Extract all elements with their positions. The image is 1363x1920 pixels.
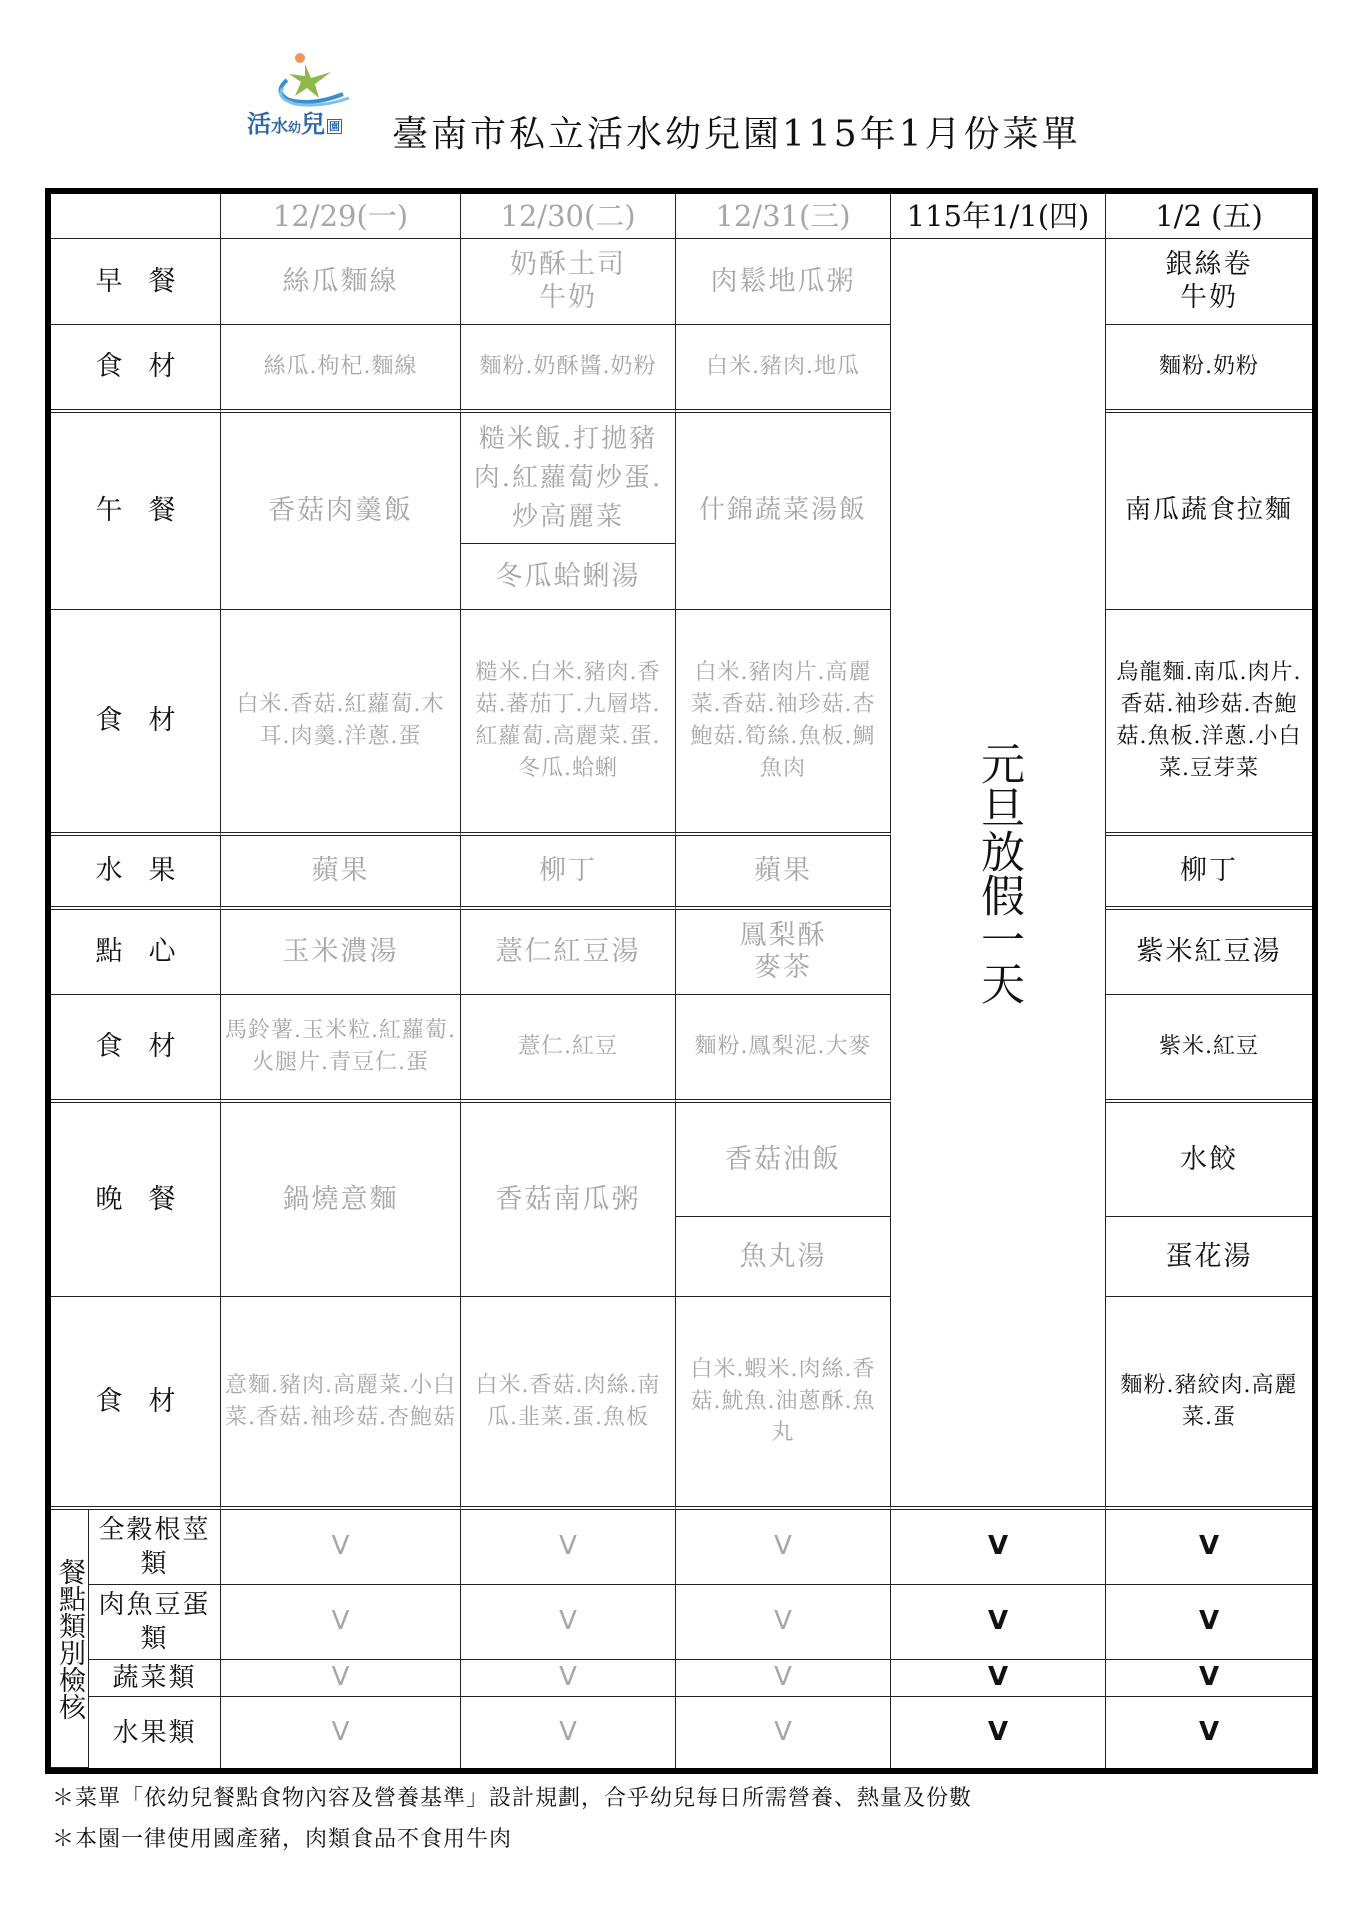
lunch-ingredients-1230: 糙米.白米.豬肉.香菇.蕃茄丁.九層塔.紅蘿蔔.高麗菜.蛋.冬瓜.蛤蜊 [461,610,676,836]
page-title: 臺南市私立活水幼兒園115年1月份菜單 [392,106,1081,157]
check-label-grains: 全穀根莖類 [89,1510,221,1585]
date-header-1231: 12/31(三) [676,194,891,239]
breakfast-ingredients-0102: 麵粉.奶粉 [1106,325,1312,413]
check-mark: V [891,1660,1106,1697]
holiday-cell: 元旦放假一天 [891,239,1106,1510]
check-mark: V [461,1510,676,1585]
school-logo: 活水幼兒園 [247,50,377,140]
check-mark: V [461,1697,676,1768]
snack-1231: 鳳梨酥 麥茶 [676,910,891,995]
check-mark: V [676,1510,891,1585]
date-header-0101: 115年1/1(四) [891,194,1106,239]
check-group-label-cell: 餐點類別檢核 [51,1510,89,1768]
lunch-soup-1230: 冬瓜蛤蜊湯 [461,544,676,610]
check-mark: V [891,1585,1106,1660]
check-mark: V [1106,1697,1312,1768]
footnote-pork: ＊本園一律使用國產豬，肉類食品不食用牛肉 [52,1819,972,1860]
breakfast-1229: 絲瓜麵線 [221,239,461,325]
dinner-soup-1231: 魚丸湯 [676,1217,891,1297]
lunch-ingredients-1229: 白米.香菇.紅蘿蔔.木耳.肉羹.洋蔥.蛋 [221,610,461,836]
check-mark: V [891,1697,1106,1768]
check-mark: V [221,1697,461,1768]
row-label-breakfast-ingredients: 食材 [51,325,221,413]
lunch-1229: 香菇肉羹飯 [221,413,461,610]
dinner-main-1231: 香菇油飯 [676,1103,891,1217]
row-label-lunch: 午餐 [51,413,221,610]
breakfast-1230: 奶酥土司 牛奶 [461,239,676,325]
breakfast-ingredients-1231: 白米.豬肉.地瓜 [676,325,891,413]
footnotes: ＊菜單「依幼兒餐點食物內容及營養基準」設計規劃，合乎幼兒每日所需營養、熱量及份數… [52,1778,972,1860]
logo-emblem-icon [265,50,355,110]
check-group-label: 餐點類別檢核 [51,1558,88,1720]
lunch-main-1230: 糙米飯.打拋豬肉.紅蘿蔔炒蛋.炒高麗菜 [461,413,676,544]
logo-wordmark: 活水幼兒園 [247,104,342,139]
fruit-1230: 柳丁 [461,836,676,910]
snack-ingredients-0102: 紫米.紅豆 [1106,995,1312,1103]
check-mark: V [221,1660,461,1697]
row-label-snack-ingredients: 食材 [51,995,221,1103]
check-label-fruit: 水果類 [89,1697,221,1768]
snack-ingredients-1229: 馬鈴薯.玉米粒.紅蘿蔔.火腿片.青豆仁.蛋 [221,995,461,1103]
check-mark: V [221,1510,461,1585]
breakfast-0102: 銀絲卷 牛奶 [1106,239,1312,325]
fruit-0102: 柳丁 [1106,836,1312,910]
date-header-1230: 12/30(二) [461,194,676,239]
dinner-ingredients-1231: 白米.蝦米.肉絲.香菇.魷魚.油蔥酥.魚丸 [676,1297,891,1510]
holiday-notice: 元旦放假一天 [958,741,1038,1005]
dinner-ingredients-0102: 麵粉.豬絞肉.高麗菜.蛋 [1106,1297,1312,1510]
row-label-lunch-ingredients: 食材 [51,610,221,836]
check-mark: V [461,1660,676,1697]
dinner-ingredients-1230: 白米.香菇.肉絲.南瓜.韭菜.蛋.魚板 [461,1297,676,1510]
row-label-snack: 點心 [51,910,221,995]
breakfast-ingredients-1230: 麵粉.奶酥醬.奶粉 [461,325,676,413]
check-mark: V [891,1510,1106,1585]
check-mark: V [1106,1510,1312,1585]
breakfast-ingredients-1229: 絲瓜.枸杞.麵線 [221,325,461,413]
dinner-main-0102: 水餃 [1106,1103,1312,1217]
check-mark: V [676,1585,891,1660]
row-label-dinner-ingredients: 食材 [51,1297,221,1510]
dinner-1230: 香菇南瓜粥 [461,1103,676,1297]
breakfast-1231: 肉鬆地瓜粥 [676,239,891,325]
fruit-1229: 蘋果 [221,836,461,910]
check-label-vegetables: 蔬菜類 [89,1660,221,1697]
lunch-0102: 南瓜蔬食拉麵 [1106,413,1312,610]
snack-1230: 薏仁紅豆湯 [461,910,676,995]
lunch-ingredients-1231: 白米.豬肉片.高麗菜.香菇.袖珍菇.杏鮑菇.筍絲.魚板.鯛魚肉 [676,610,891,836]
dinner-1229: 鍋燒意麵 [221,1103,461,1297]
row-label-breakfast: 早餐 [51,239,221,325]
snack-ingredients-1231: 麵粉.鳳梨泥.大麥 [676,995,891,1103]
lunch-1231: 什錦蔬菜湯飯 [676,413,891,610]
dinner-soup-0102: 蛋花湯 [1106,1217,1312,1297]
snack-ingredients-1230: 薏仁.紅豆 [461,995,676,1103]
date-header-1229: 12/29(一) [221,194,461,239]
check-mark: V [461,1585,676,1660]
fruit-1231: 蘋果 [676,836,891,910]
check-mark: V [221,1585,461,1660]
check-label-protein: 肉魚豆蛋類 [89,1585,221,1660]
footnote-nutrition: ＊菜單「依幼兒餐點食物內容及營養基準」設計規劃，合乎幼兒每日所需營養、熱量及份數 [52,1778,972,1819]
row-label-dinner: 晚餐 [51,1103,221,1297]
check-mark: V [676,1660,891,1697]
lunch-ingredients-0102: 烏龍麵.南瓜.肉片.香菇.袖珍菇.杏鮑菇.魚板.洋蔥.小白菜.豆芽菜 [1106,610,1312,836]
check-mark: V [1106,1585,1312,1660]
check-mark: V [1106,1660,1312,1697]
check-mark: V [676,1697,891,1768]
snack-1229: 玉米濃湯 [221,910,461,995]
dinner-ingredients-1229: 意麵.豬肉.高麗菜.小白菜.香菇.袖珍菇.杏鮑菇 [221,1297,461,1510]
row-label-fruit: 水果 [51,836,221,910]
corner-cell [51,194,221,239]
menu-table: 12/29(一) 12/30(二) 12/31(三) 115年1/1(四) 1/… [45,188,1318,1774]
date-header-0102: 1/2 (五) [1106,194,1312,239]
snack-0102: 紫米紅豆湯 [1106,910,1312,995]
